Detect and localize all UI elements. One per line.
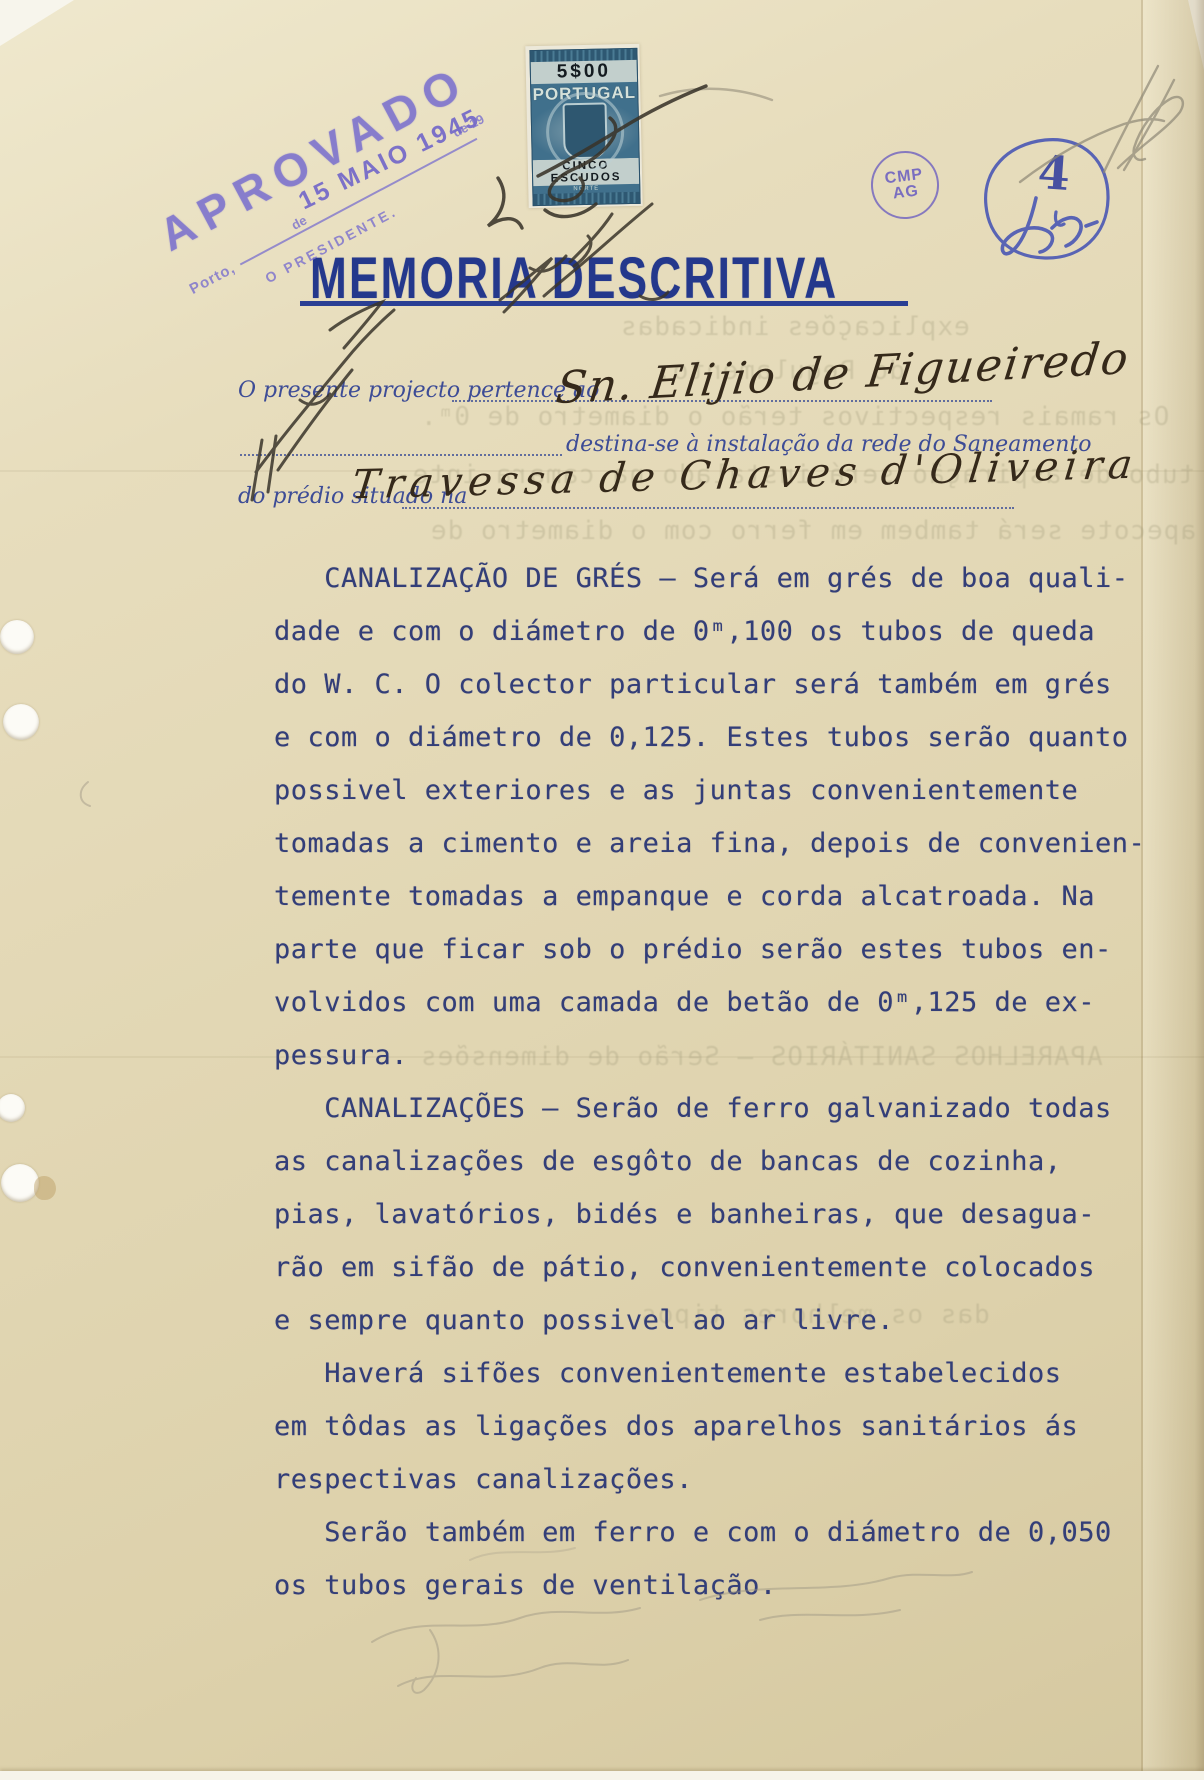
cmp-ag-stamp: CMP AG xyxy=(867,147,943,223)
typed-body-text: CANALIZAÇÃO DE GRÉS — Será em grés de bo… xyxy=(274,552,1154,1612)
fiscal-stamp-body: 5$00 PORTUGAL CINCO ESCUDOS NORTE xyxy=(529,48,640,206)
bleed-through-text: apecote será tambem em ferro com o diame… xyxy=(430,516,1196,546)
scanned-document-page: explicações indicadas do Regulamento. Os… xyxy=(0,0,1204,1780)
punch-hole xyxy=(0,1094,25,1122)
fiscal-revenue-stamp: 5$00 PORTUGAL CINCO ESCUDOS NORTE xyxy=(525,44,642,208)
fiscal-stamp-ornament-bottom xyxy=(533,192,639,205)
paper-corner-cut xyxy=(0,0,74,46)
punch-hole xyxy=(3,704,39,740)
bleed-through-text: explicações indicadas xyxy=(620,312,970,342)
cmp-stamp-line2: AG xyxy=(892,183,920,202)
title-underline xyxy=(300,301,908,306)
punch-hole xyxy=(0,620,34,654)
paper-tear xyxy=(34,1176,56,1200)
fiscal-denom-line2: ESCUDOS xyxy=(533,171,639,185)
fiscal-stamp-shield xyxy=(563,102,608,159)
registry-number: 4 xyxy=(1036,145,1072,201)
approval-stamp-city: Porto, xyxy=(187,260,239,298)
paper-bottom-edge xyxy=(0,1771,1204,1780)
fiscal-stamp-value: 5$00 xyxy=(531,60,637,84)
fiscal-stamp-emblem xyxy=(532,104,639,160)
bleed-through-text: Os ramais respectivos terão o diametro d… xyxy=(420,402,1169,432)
form-line2-leader xyxy=(240,450,562,456)
